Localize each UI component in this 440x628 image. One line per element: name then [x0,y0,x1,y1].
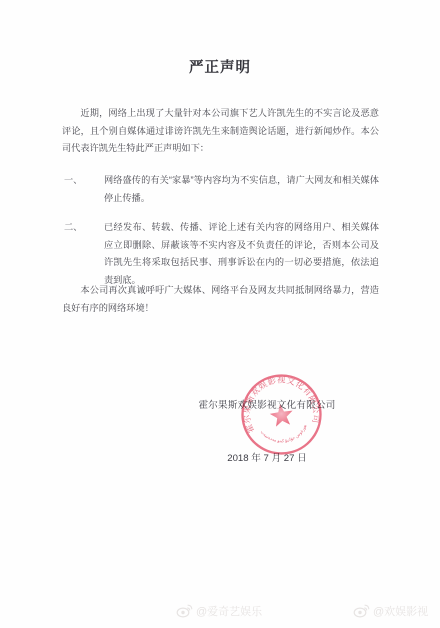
weibo-handle-right: @欢娱影视 [373,603,428,619]
seal-star-icon [269,402,295,427]
official-seal: 霍尔果斯欢娱影视文化有限公司 ھورغوس خۇانيۇ كىنو مەدەنى… [233,366,329,462]
weibo-icon [353,602,370,619]
statement-item-1: 一、 网络盛传的有关“家暴”等内容均为不实信息，请广大网友和相关媒体停止传播。 [62,172,379,207]
weibo-watermark-right: @欢娱影视 [353,602,428,619]
item-1-text: 网络盛传的有关“家暴”等内容均为不实信息，请广大网友和相关媒体停止传播。 [104,172,379,207]
item-1-marker: 一、 [64,172,82,190]
intro-paragraph: 近期，网络上出现了大量针对本公司旗下艺人许凯先生的不实言论及恶意评论，且个别自媒… [62,105,379,158]
statement-title: 严正声明 [0,56,440,77]
statement-document: 严正声明 近期，网络上出现了大量针对本公司旗下艺人许凯先生的不实言论及恶意评论，… [0,0,440,628]
weibo-handle-left: @爱奇艺娱乐 [196,603,262,619]
seal-ring-text: 霍尔果斯欢娱影视文化有限公司 [236,369,323,435]
closing-paragraph: 本公司再次真诚呼吁广大媒体、网络平台及网友共同抵制网络暴力，营造良好有序的网络环… [62,282,379,317]
weibo-watermark-left: @爱奇艺娱乐 [176,602,262,619]
seal-inner-script: ھورغوس خۇانيۇ كىنو مەدەنىيەت [259,423,309,446]
item-2-text: 已经发布、转载、传播、评论上述有关内容的网络用户、相关媒体应立即删除、屏蔽该等不… [104,219,379,289]
weibo-icon [176,602,193,619]
item-2-marker: 二、 [64,219,82,237]
statement-item-2: 二、 已经发布、转载、传播、评论上述有关内容的网络用户、相关媒体应立即删除、屏蔽… [62,219,379,289]
